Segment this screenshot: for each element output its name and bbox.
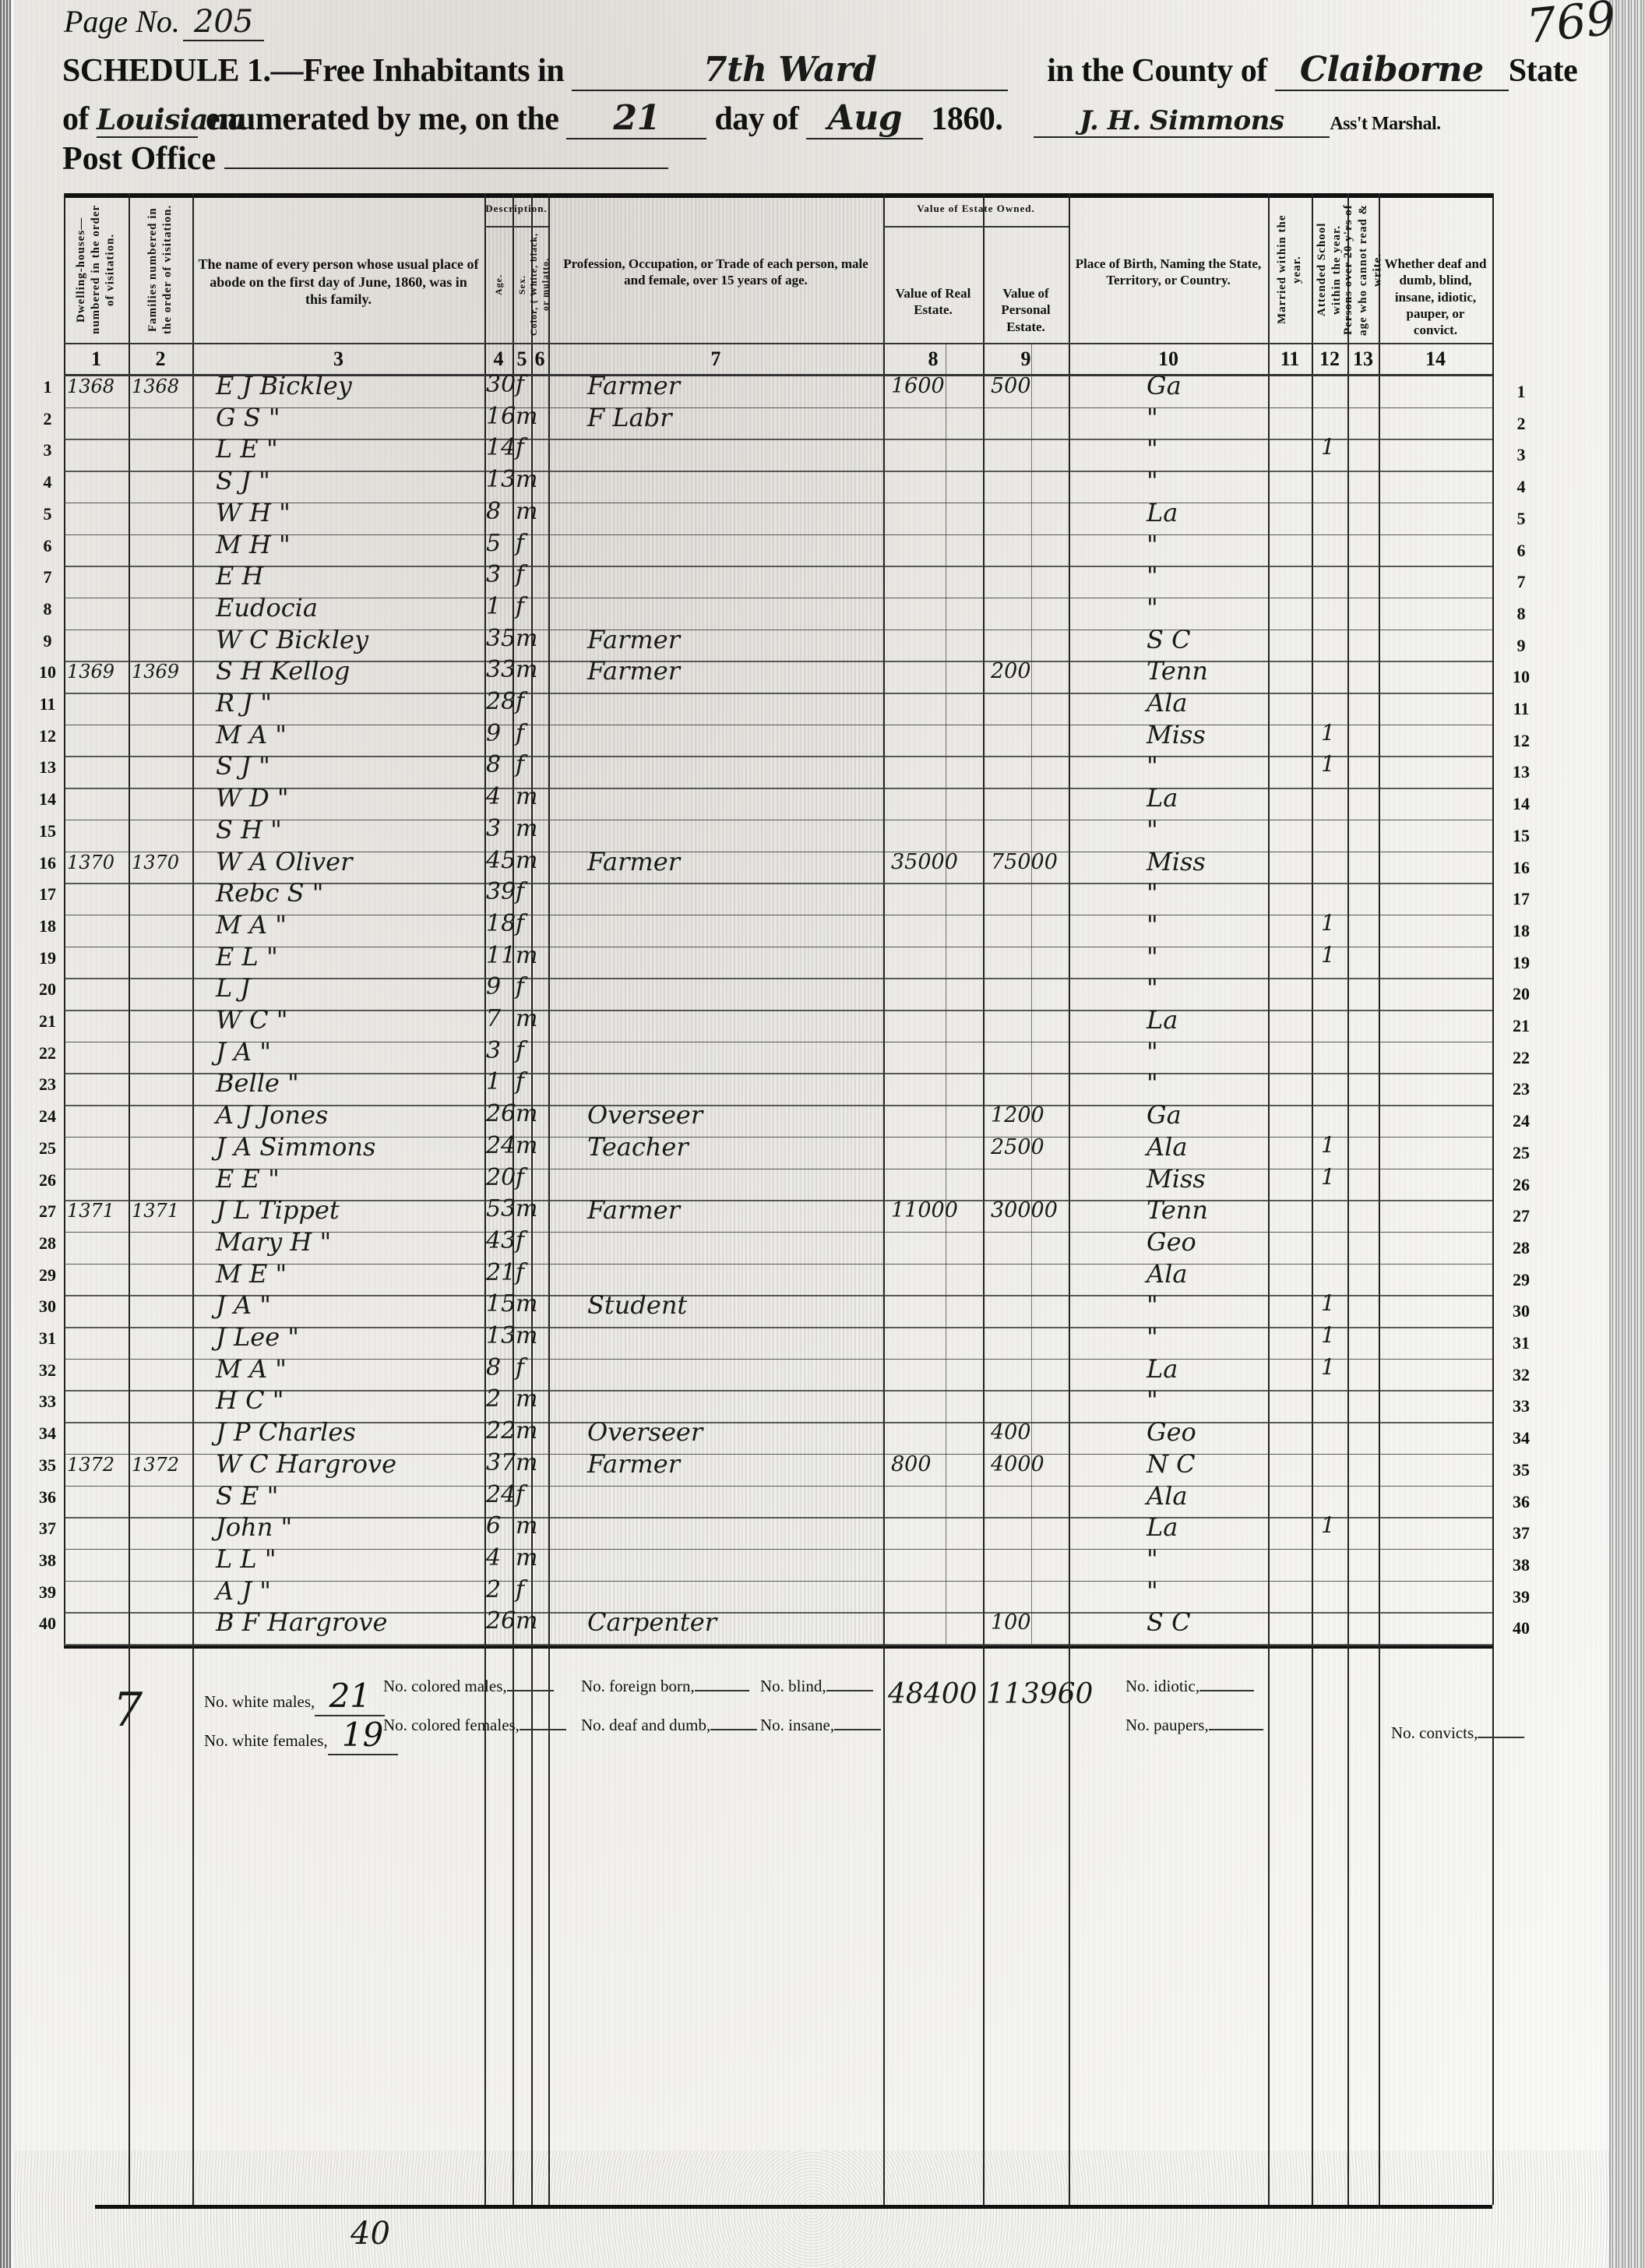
page-edge-left	[0, 0, 11, 2268]
footer-insane-value	[834, 1729, 881, 1730]
line-number-left: 2	[36, 409, 59, 429]
age: 21	[486, 1259, 516, 1286]
dwelling-number: 1372	[67, 1454, 114, 1476]
line-number-right: 14	[1509, 794, 1533, 814]
enumerated-by-label: enumerated by me, on the	[206, 101, 558, 137]
line-number-right: 11	[1509, 699, 1533, 719]
district-field: 7th Ward	[572, 50, 1008, 91]
sex: f	[516, 593, 524, 620]
person-name: E E "	[216, 1164, 280, 1194]
sex: m	[516, 466, 537, 493]
line-number-right: 28	[1509, 1238, 1533, 1258]
line-number-right: 7	[1509, 572, 1533, 592]
occupation: F Labr	[587, 403, 671, 432]
day-field: 21	[566, 98, 706, 139]
birthplace: Ga	[1147, 1100, 1182, 1130]
person-name: B F Hargrove	[216, 1607, 387, 1637]
real-estate-value: 35000	[891, 850, 958, 874]
age: 1	[486, 593, 501, 620]
person-name: S H "	[216, 815, 282, 845]
age: 45	[486, 847, 516, 874]
birthplace: Geo	[1147, 1417, 1196, 1447]
county-label: in the County of	[1047, 53, 1267, 89]
row-rule	[64, 439, 1492, 440]
dwelling-number: 1368	[67, 376, 114, 397]
column-header-text: Sex.	[516, 275, 528, 295]
sex: m	[516, 1385, 537, 1413]
person-name: J L Tippet	[216, 1195, 340, 1225]
age: 43	[486, 1227, 516, 1254]
column-number-10: 10	[1069, 347, 1268, 371]
age: 3	[486, 561, 501, 588]
person-name: E L "	[216, 942, 278, 972]
column-number-13: 13	[1347, 347, 1379, 371]
age: 3	[486, 815, 501, 842]
person-name: A J "	[216, 1576, 271, 1606]
column-header-2: Families numbered in the order of visita…	[129, 201, 192, 338]
line-number-right: 6	[1509, 541, 1533, 561]
line-number-right: 9	[1509, 636, 1533, 656]
line-number-right: 25	[1509, 1143, 1533, 1163]
column-number-5: 5	[513, 347, 531, 371]
sex: f	[516, 1481, 524, 1508]
line-number-left: 16	[36, 853, 59, 873]
column-header-13: Persons over 20 y'rs of age who cannot r…	[1347, 201, 1379, 338]
line-number-left: 4	[36, 472, 59, 492]
occupation: Farmer	[587, 625, 680, 654]
sex: m	[516, 1005, 537, 1032]
birthplace: Miss	[1147, 720, 1206, 750]
sex: f	[516, 751, 524, 778]
line-number-right: 23	[1509, 1079, 1533, 1099]
sex: f	[516, 561, 524, 588]
family-number: 1371	[132, 1200, 179, 1222]
footer-deaf-dumb-label: No. deaf and dumb,	[581, 1716, 710, 1734]
personal-estate-value: 100	[991, 1610, 1031, 1635]
line-number-left: 8	[36, 599, 59, 619]
line-number-left: 11	[36, 694, 59, 714]
birthplace: "	[1147, 1385, 1158, 1415]
line-number-left: 15	[36, 821, 59, 841]
occupation: Overseer	[587, 1100, 703, 1130]
line-number-left: 20	[36, 979, 59, 1000]
line-number-right: 40	[1509, 1618, 1533, 1638]
person-name: W H "	[216, 498, 291, 527]
occupation: Student	[587, 1290, 687, 1320]
birthplace: "	[1147, 751, 1158, 781]
sex: f	[516, 720, 524, 747]
personal-estate-value: 1200	[991, 1103, 1044, 1127]
line-number-left: 17	[36, 884, 59, 905]
birthplace: Ga	[1147, 371, 1182, 400]
sex: m	[516, 783, 537, 810]
line-number-right: 36	[1509, 1492, 1533, 1512]
attended-school: 1	[1321, 1290, 1335, 1316]
birthplace: La	[1147, 1512, 1178, 1542]
line-number-right: 22	[1509, 1048, 1533, 1068]
footer-white-males-value: 21	[315, 1677, 385, 1716]
dwelling-number: 1370	[67, 852, 114, 873]
person-name: E H	[216, 561, 263, 591]
line-number-right: 37	[1509, 1523, 1533, 1543]
footer-paupers-label: No. paupers,	[1125, 1716, 1209, 1734]
footer-foreign-born-label: No. foreign born,	[581, 1677, 695, 1695]
person-name: J P Charles	[216, 1417, 356, 1447]
footer-idiotic: No. idiotic,	[1125, 1677, 1254, 1696]
personal-estate-total: 113960	[986, 1678, 1093, 1710]
person-name: M A "	[216, 1354, 287, 1384]
column-header-text: Persons over 20 y'rs of age who cannot r…	[1341, 203, 1385, 337]
birthplace: Tenn	[1147, 656, 1208, 686]
occupation: Farmer	[587, 1449, 680, 1479]
attended-school: 1	[1321, 1322, 1335, 1348]
person-name: W C "	[216, 1005, 287, 1035]
birthplace: La	[1147, 1354, 1178, 1384]
line-number-left: 12	[36, 726, 59, 746]
age: 24	[486, 1132, 516, 1159]
birthplace: Ala	[1147, 1259, 1187, 1289]
sex: f	[516, 1164, 524, 1191]
schedule-title-line: SCHEDULE 1.—Free Inhabitants in 7th Ward…	[62, 50, 1577, 91]
birthplace: S C	[1147, 1607, 1191, 1637]
personal-estate-value: 400	[991, 1420, 1031, 1444]
footer-insane-label: No. insane,	[760, 1716, 834, 1734]
footer-convicts-value	[1478, 1737, 1524, 1738]
sex: m	[516, 1322, 537, 1349]
sex: f	[516, 910, 524, 937]
person-name: L L "	[216, 1544, 277, 1574]
schedule-title: SCHEDULE 1.—Free Inhabitants in	[62, 53, 564, 89]
column-header-text: Married within the year.	[1275, 203, 1305, 337]
birthplace: Ala	[1147, 1132, 1187, 1162]
attended-school: 1	[1321, 1132, 1335, 1158]
footer-white-males: No. white males,21	[204, 1677, 385, 1716]
sex: m	[516, 403, 537, 430]
footer-foreign-born-value	[695, 1690, 749, 1691]
column-divider	[983, 193, 985, 2205]
line-number-right: 17	[1509, 889, 1533, 909]
line-number-left: 7	[36, 567, 59, 587]
line-number-right: 20	[1509, 984, 1533, 1004]
sex: m	[516, 1512, 537, 1540]
line-number-right: 21	[1509, 1016, 1533, 1036]
sex: m	[516, 815, 537, 842]
line-number-right: 30	[1509, 1301, 1533, 1321]
of-label: of	[62, 101, 89, 137]
birthplace: Miss	[1147, 1164, 1206, 1194]
column-divider	[1069, 193, 1070, 2205]
row-rule	[64, 1644, 1492, 1645]
person-name: H C "	[216, 1385, 284, 1415]
person-name: W A Oliver	[216, 847, 352, 877]
sex: f	[516, 973, 524, 1000]
birthplace: "	[1147, 1576, 1158, 1606]
column-number-4: 4	[484, 347, 513, 371]
real-estate-total: 48400	[888, 1678, 977, 1710]
line-number-right: 4	[1509, 477, 1533, 497]
line-number-left: 31	[36, 1328, 59, 1349]
column-header-7: Profession, Occupation, or Trade of each…	[553, 256, 879, 289]
age: 33	[486, 656, 516, 683]
footer-paupers: No. paupers,	[1125, 1716, 1263, 1735]
column-divider	[1379, 193, 1380, 2205]
sex: m	[516, 1544, 537, 1571]
dollar-cents-divider	[946, 343, 946, 1644]
birthplace: La	[1147, 498, 1178, 527]
row-rule	[64, 947, 1492, 948]
column-header-1: Dwelling-houses—numbered in the order of…	[64, 201, 129, 338]
birthplace: Ala	[1147, 1481, 1187, 1511]
row-rule	[64, 1042, 1492, 1043]
birthplace: Ala	[1147, 688, 1187, 718]
row-rule	[64, 1295, 1492, 1296]
description-group-rule	[484, 226, 548, 228]
age: 22	[486, 1417, 516, 1444]
estate-group-header: Value of Estate Owned.	[883, 203, 1069, 215]
column-number-7: 7	[548, 347, 883, 371]
person-name: John "	[216, 1512, 292, 1542]
person-name: S H Kellog	[216, 656, 350, 686]
sex: m	[516, 1449, 537, 1476]
description-group-header: Description.	[484, 203, 548, 215]
footer-white-males-label: No. white males,	[204, 1692, 315, 1711]
age: 37	[486, 1449, 516, 1476]
page-bottom-texture	[14, 2150, 1611, 2268]
line-number-left: 29	[36, 1265, 59, 1286]
age: 9	[486, 720, 501, 747]
sex: f	[516, 434, 524, 461]
age: 3	[486, 1037, 501, 1064]
year-label: 1860.	[931, 101, 1002, 137]
line-number-right: 35	[1509, 1460, 1533, 1480]
personal-estate-value: 500	[991, 374, 1031, 398]
line-number-left: 9	[36, 631, 59, 651]
birthplace: S C	[1147, 625, 1191, 654]
age: 2	[486, 1576, 501, 1603]
age: 7	[486, 1005, 501, 1032]
birthplace: "	[1147, 530, 1158, 559]
sex: m	[516, 1132, 537, 1159]
line-number-right: 34	[1509, 1428, 1533, 1448]
row-rule	[64, 1581, 1492, 1582]
column-header-text: Color, { White, black, or mulatto.	[528, 232, 551, 337]
column-number-2: 2	[129, 347, 192, 371]
sex: f	[516, 371, 524, 398]
post-office-field	[224, 168, 668, 169]
age: 14	[486, 434, 516, 461]
family-number: 1369	[132, 661, 179, 683]
marshal-signature: J. H. Simmons	[1034, 105, 1330, 138]
birthplace: N C	[1147, 1449, 1196, 1479]
sex: f	[516, 1354, 524, 1381]
footer-blind-value	[826, 1690, 873, 1691]
line-number-left: 35	[36, 1455, 59, 1476]
birthplace: "	[1147, 561, 1158, 591]
person-name: J A Simmons	[216, 1132, 375, 1162]
age: 4	[486, 783, 501, 810]
sex: f	[516, 878, 524, 905]
person-name: Eudocia	[216, 593, 318, 623]
line-number-right: 16	[1509, 858, 1533, 878]
column-divider	[1312, 193, 1313, 2205]
dollar-cents-divider	[1031, 343, 1032, 1644]
age: 16	[486, 403, 516, 430]
age: 2	[486, 1385, 501, 1413]
age: 35	[486, 625, 516, 652]
line-number-right: 32	[1509, 1365, 1533, 1385]
column-number-8: 8	[883, 347, 983, 371]
person-name: J A "	[216, 1037, 271, 1067]
column-number-9: 9	[983, 347, 1069, 371]
person-name: Belle "	[216, 1068, 299, 1098]
footer-deaf-dumb: No. deaf and dumb,	[581, 1716, 757, 1735]
person-name: W C Hargrove	[216, 1449, 396, 1479]
line-number-right: 29	[1509, 1270, 1533, 1290]
line-number-left: 18	[36, 916, 59, 936]
person-name: S J "	[216, 751, 270, 781]
occupation: Teacher	[587, 1132, 689, 1162]
birthplace: "	[1147, 910, 1158, 940]
table-bottom-rule	[64, 1645, 1492, 1649]
person-name: S J "	[216, 466, 270, 496]
line-number-left: 10	[36, 662, 59, 683]
sex: f	[516, 1259, 524, 1286]
sex: f	[516, 1037, 524, 1064]
birthplace: "	[1147, 1290, 1158, 1320]
page-edge-right	[1609, 0, 1645, 2268]
sex: m	[516, 1607, 537, 1635]
real-estate-value: 1600	[891, 374, 945, 398]
stamped-folio-number: 769	[1524, 0, 1619, 55]
age: 13	[486, 466, 516, 493]
person-name: A J Jones	[216, 1100, 328, 1130]
line-number-right: 19	[1509, 953, 1533, 973]
estate-group-rule	[883, 226, 1069, 228]
line-number-left: 28	[36, 1233, 59, 1254]
person-name: L E "	[216, 434, 278, 464]
line-number-left: 5	[36, 504, 59, 524]
page-number: Page No.205	[64, 3, 264, 40]
sex: m	[516, 1100, 537, 1127]
person-name: J Lee "	[216, 1322, 299, 1352]
occupation: Farmer	[587, 1195, 680, 1225]
post-office-line: Post Office	[62, 140, 668, 178]
footer-colored-males-label: No. colored males,	[383, 1677, 507, 1695]
real-estate-value: 11000	[891, 1198, 958, 1222]
row-rule	[64, 756, 1492, 757]
line-number-right: 15	[1509, 826, 1533, 846]
column-header-4: Age.	[484, 231, 513, 338]
personal-estate-value: 30000	[991, 1198, 1058, 1222]
row-rule	[64, 566, 1492, 567]
personal-estate-value: 75000	[991, 850, 1058, 874]
line-number-right: 10	[1509, 667, 1533, 687]
age: 28	[486, 688, 516, 715]
column-number-1: 1	[64, 347, 129, 371]
person-name: E J Bickley	[216, 371, 352, 400]
dwelling-number: 1371	[67, 1200, 114, 1222]
line-number-left: 3	[36, 440, 59, 460]
age: 15	[486, 1290, 516, 1317]
line-number-right: 24	[1509, 1111, 1533, 1131]
person-name: J A "	[216, 1290, 271, 1320]
age: 4	[486, 1544, 501, 1571]
row-rule	[64, 693, 1492, 694]
column-number-3: 3	[192, 347, 484, 371]
line-number-left: 27	[36, 1201, 59, 1222]
line-number-left: 25	[36, 1138, 59, 1159]
row-rule	[64, 471, 1492, 472]
sex: f	[516, 530, 524, 557]
column-divider	[1347, 193, 1349, 2205]
column-number-6: 6	[531, 347, 548, 371]
attended-school: 1	[1321, 1164, 1335, 1190]
footer-idiotic-label: No. idiotic,	[1125, 1677, 1199, 1695]
footer-paupers-value	[1209, 1729, 1263, 1730]
line-number-left: 33	[36, 1391, 59, 1412]
birthplace: La	[1147, 1005, 1178, 1035]
birthplace: La	[1147, 783, 1178, 813]
footer-idiotic-value	[1199, 1690, 1254, 1691]
person-name: R J "	[216, 688, 272, 718]
dwelling-number: 1369	[67, 661, 114, 683]
birthplace: "	[1147, 1037, 1158, 1067]
margin-mark: 7	[113, 1683, 143, 1737]
row-rule	[64, 978, 1492, 979]
personal-estate-value: 200	[991, 659, 1031, 683]
column-header-9: Value of Personal Estate.	[988, 285, 1064, 335]
birthplace: "	[1147, 815, 1158, 845]
attended-school: 1	[1321, 1512, 1335, 1538]
birthplace: "	[1147, 1322, 1158, 1352]
column-divider	[883, 193, 885, 2205]
person-name: Mary H "	[216, 1227, 331, 1257]
line-number-right: 5	[1509, 509, 1533, 529]
sex: f	[516, 688, 524, 715]
column-header-text: Age.	[493, 274, 505, 295]
post-office-label: Post Office	[62, 141, 216, 177]
footer-convicts: No. convicts,	[1391, 1723, 1524, 1743]
line-number-left: 39	[36, 1582, 59, 1603]
family-number: 1368	[132, 376, 179, 397]
person-name: M A "	[216, 910, 287, 940]
occupation: Overseer	[587, 1417, 703, 1447]
age: 5	[486, 530, 501, 557]
sex: m	[516, 1290, 537, 1317]
enumeration-line: of Louisiana enumerated by me, on the 21…	[62, 98, 1441, 139]
line-number-left: 13	[36, 757, 59, 778]
occupation: Carpenter	[587, 1607, 717, 1637]
age: 8	[486, 498, 501, 525]
birthplace: "	[1147, 593, 1158, 623]
line-number-left: 19	[36, 948, 59, 968]
birthplace: Geo	[1147, 1227, 1196, 1257]
person-name: M H "	[216, 530, 291, 559]
marshal-label: Ass't Marshal.	[1330, 114, 1440, 134]
footer-insane: No. insane,	[760, 1716, 881, 1735]
footer-colored-females: No. colored females,	[383, 1716, 566, 1735]
line-number-left: 34	[36, 1423, 59, 1444]
column-header-3: The name of every person whose usual pla…	[197, 256, 480, 309]
person-name: M A "	[216, 720, 287, 750]
age: 8	[486, 751, 501, 778]
line-number-right: 13	[1509, 762, 1533, 782]
sex: m	[516, 498, 537, 525]
column-divider	[129, 193, 130, 2205]
state-label: State	[1509, 53, 1577, 89]
column-divider	[1492, 193, 1494, 2205]
birthplace: "	[1147, 1068, 1158, 1098]
